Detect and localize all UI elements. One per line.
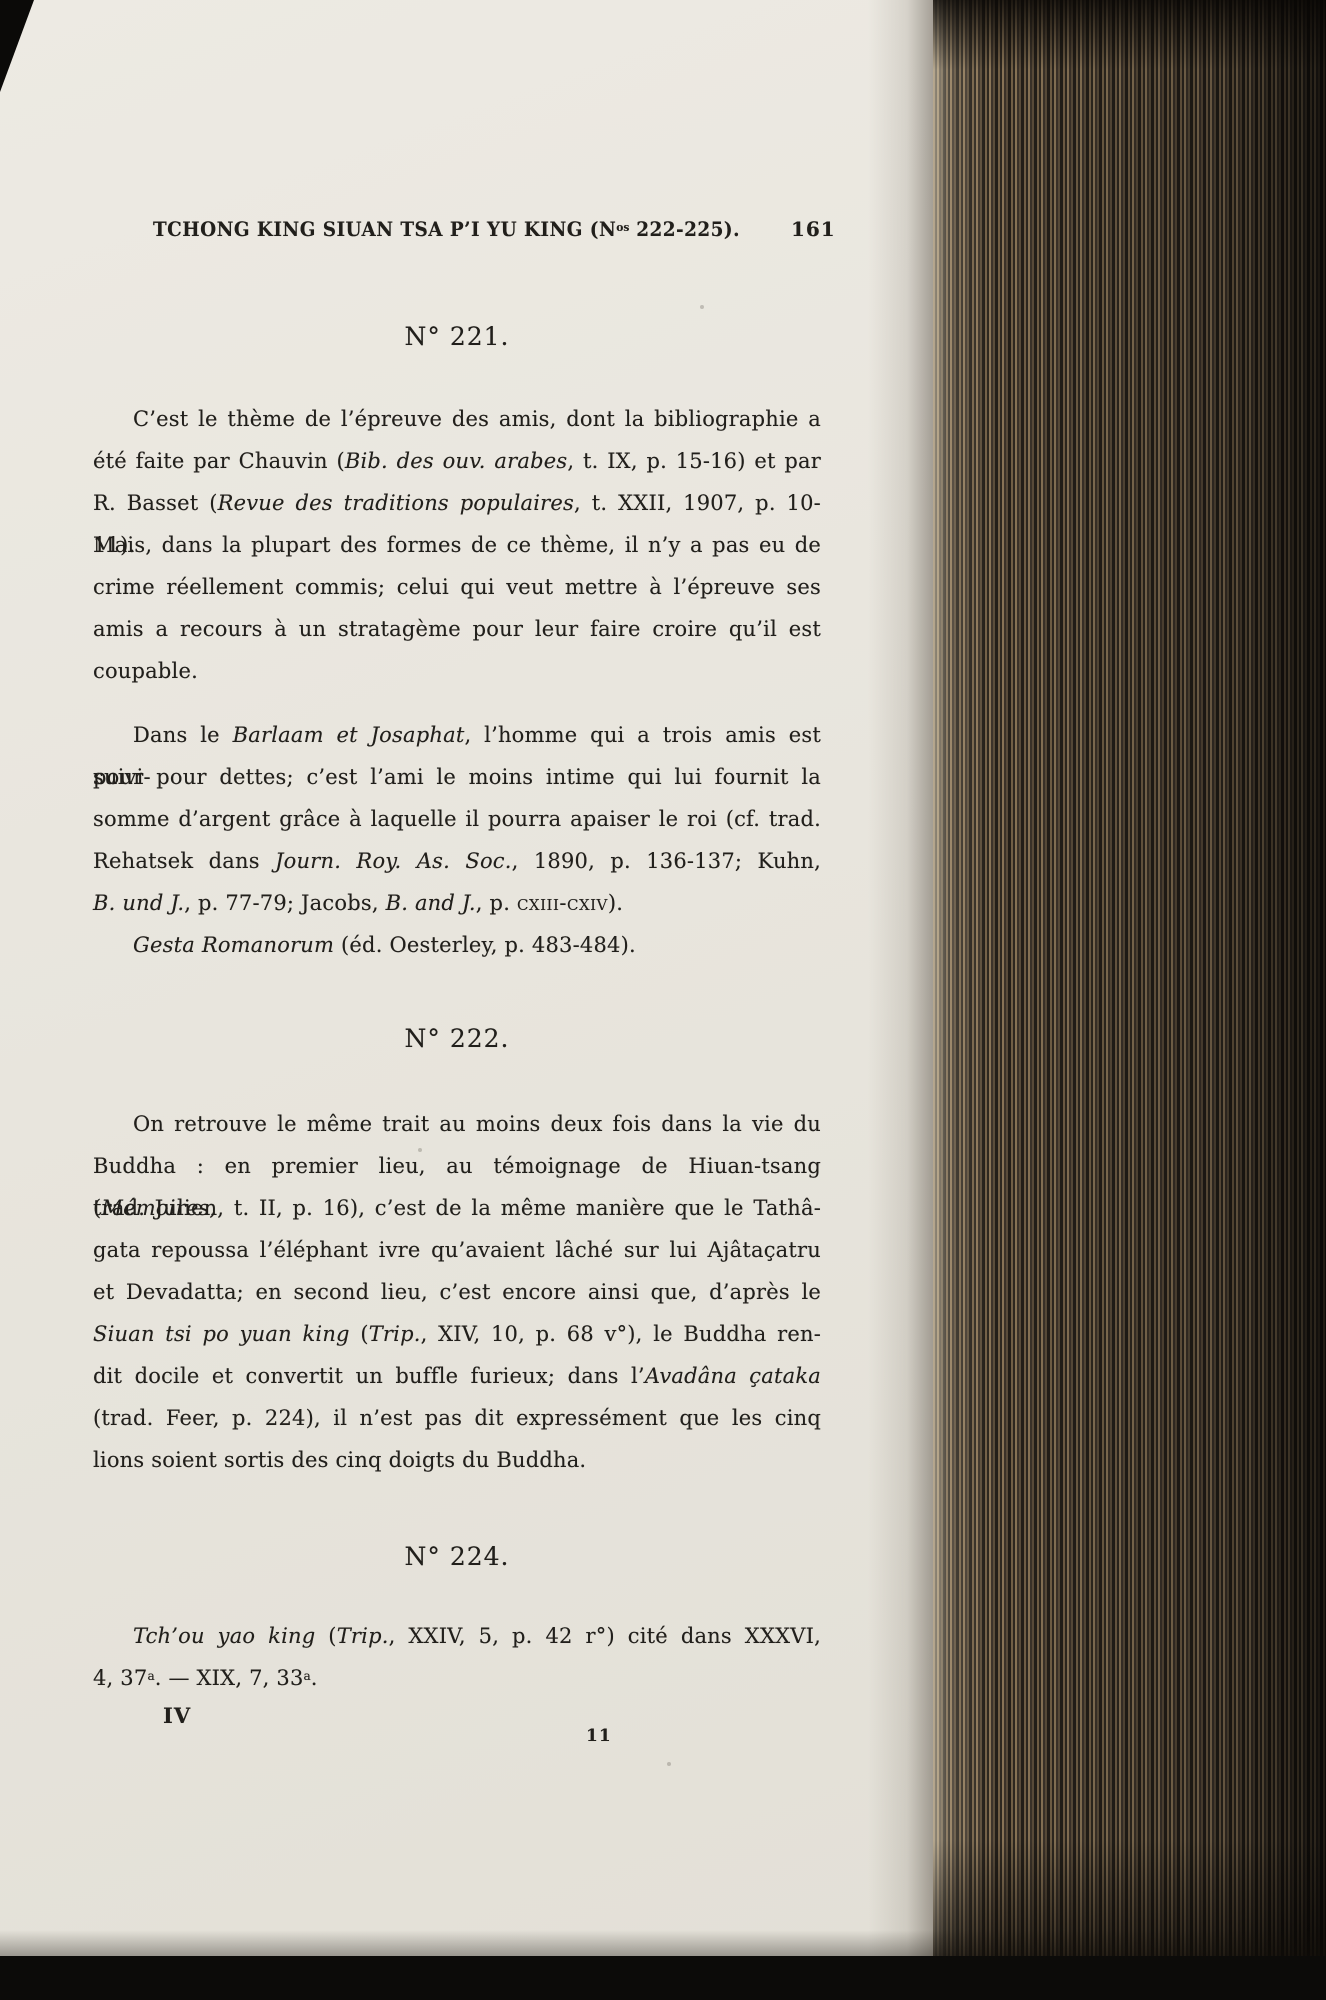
scan-speck xyxy=(667,1762,671,1766)
scan-speck xyxy=(700,305,704,309)
text-segment: Tch’ou yao king xyxy=(133,1624,315,1648)
text-line: C’est le thème de l’épreuve des amis, do… xyxy=(93,398,821,440)
section-heading: N° 222. xyxy=(93,1022,821,1056)
scan-speck xyxy=(418,1148,422,1152)
text-line: (trad. Feer, p. 224), il n’est pas dit e… xyxy=(93,1397,821,1439)
text-segment: Trip. xyxy=(337,1624,389,1648)
text-segment: B. und J. xyxy=(93,891,184,915)
text-line: été faite par Chauvin (Bib. des ouv. ara… xyxy=(93,440,821,482)
paragraph: C’est le thème de l’épreuve des amis, do… xyxy=(93,398,821,692)
text-segment: B. and J. xyxy=(386,891,476,915)
page-curve-shadow xyxy=(868,0,933,2000)
text-line: B. und J., p. 77-79; Jacobs, B. and J., … xyxy=(93,882,821,924)
text-segment: Dans le xyxy=(133,723,233,747)
text-segment: cxiii-cxiv xyxy=(517,891,608,915)
paragraph: Gesta Romanorum (éd. Oesterley, p. 483-4… xyxy=(93,924,821,966)
running-title: TCHONG KING SIUAN TSA P’I YU KING (Nos 2… xyxy=(153,212,740,249)
text-segment: os xyxy=(616,220,629,234)
text-line: Tch’ou yao king (Trip., XXIV, 5, p. 42 r… xyxy=(93,1615,821,1657)
text-line: 4, 37a. — XIX, 7, 33a. xyxy=(93,1657,821,1699)
text-segment: Bib. des ouv. arabes xyxy=(345,449,567,473)
text-segment: ( xyxy=(350,1322,369,1346)
text-segment: coupable. xyxy=(93,659,198,683)
text-column: TCHONG KING SIUAN TSA P’I YU KING (Nos 2… xyxy=(93,0,821,1699)
text-line: Siuan tsi po yuan king (Trip., XIV, 10, … xyxy=(93,1313,821,1355)
text-segment: Barlaam et Josaphat xyxy=(233,723,465,747)
text-segment: somme d’argent grâce à laquelle il pourr… xyxy=(93,807,821,831)
book-page-scan: TCHONG KING SIUAN TSA P’I YU KING (Nos 2… xyxy=(0,0,1326,2000)
text-segment: , p. xyxy=(476,891,517,915)
text-line: Mais, dans la plupart des formes de ce t… xyxy=(93,524,821,566)
text-segment: Avadâna çataka xyxy=(645,1364,821,1388)
text-segment: , t. IX, p. 15-16) et par xyxy=(567,449,821,473)
page-number: 161 xyxy=(791,212,836,246)
paragraph: Dans le Barlaam et Josaphat, l’homme qui… xyxy=(93,714,821,924)
text-segment: lions soient sortis des cinq doigts du B… xyxy=(93,1448,586,1472)
text-line: coupable. xyxy=(93,650,821,692)
text-segment: dit docile et convertit un buffle furieu… xyxy=(93,1364,645,1388)
scan-edge-bottom xyxy=(0,1956,1326,2000)
text-line: On retrouve le même trait au moins deux … xyxy=(93,1103,821,1145)
text-segment: Mais, dans la plupart des formes de ce t… xyxy=(93,533,821,557)
text-segment: amis a recours à un stratagème pour leur… xyxy=(93,617,821,641)
section-heading: N° 221. xyxy=(93,320,821,354)
text-line: suivi pour dettes; c’est l’ami le moins … xyxy=(93,756,821,798)
text-segment: (trad. Feer, p. 224), il n’est pas dit e… xyxy=(93,1406,821,1430)
text-line: Rehatsek dans Journ. Roy. As. Soc., 1890… xyxy=(93,840,821,882)
text-segment: et Devadatta; en second lieu, c’est enco… xyxy=(93,1280,821,1304)
text-segment: Trip. xyxy=(369,1322,421,1346)
text-segment: a xyxy=(147,1669,154,1683)
text-segment: TCHONG KING SIUAN TSA P’I YU KING (N xyxy=(153,217,616,241)
text-line: Gesta Romanorum (éd. Oesterley, p. 483-4… xyxy=(93,924,821,966)
text-segment: 222-225). xyxy=(629,217,740,241)
text-segment: crime réellement commis; celui qui veut … xyxy=(93,575,821,599)
text-segment: R. Basset ( xyxy=(93,491,218,515)
book-fore-edge xyxy=(933,0,1326,2000)
text-segment: , 1890, p. 136-137; Kuhn, xyxy=(512,849,821,873)
text-segment: gata repoussa l’éléphant ivre qu’avaient… xyxy=(93,1238,821,1262)
text-line: somme d’argent grâce à laquelle il pourr… xyxy=(93,798,821,840)
gathering-signature: 11 xyxy=(586,1726,612,1746)
text-segment: ). xyxy=(608,891,623,915)
page-header: TCHONG KING SIUAN TSA P’I YU KING (Nos 2… xyxy=(93,212,821,246)
text-line: crime réellement commis; celui qui veut … xyxy=(93,566,821,608)
text-segment: été faite par Chauvin ( xyxy=(93,449,345,473)
text-line: lions soient sortis des cinq doigts du B… xyxy=(93,1439,821,1481)
text-segment: Rehatsek dans xyxy=(93,849,275,873)
text-segment: ( xyxy=(315,1624,336,1648)
text-line: R. Basset (Revue des traditions populair… xyxy=(93,482,821,524)
text-segment: . — XIX, 7, 33 xyxy=(155,1666,304,1690)
text-line: Dans le Barlaam et Josaphat, l’homme qui… xyxy=(93,714,821,756)
text-line: Buddha : en premier lieu, au témoignage … xyxy=(93,1145,821,1187)
text-body: N° 221.C’est le thème de l’épreuve des a… xyxy=(93,320,821,1699)
paragraph: On retrouve le même trait au moins deux … xyxy=(93,1103,821,1481)
text-segment: C’est le thème de l’épreuve des amis, do… xyxy=(133,407,821,431)
paragraph: Tch’ou yao king (Trip., XXIV, 5, p. 42 r… xyxy=(93,1615,821,1699)
text-line: amis a recours à un stratagème pour leur… xyxy=(93,608,821,650)
text-segment: On retrouve le même trait au moins deux … xyxy=(133,1112,821,1136)
text-line: gata repoussa l’éléphant ivre qu’avaient… xyxy=(93,1229,821,1271)
text-segment: Siuan tsi po yuan king xyxy=(93,1322,350,1346)
text-segment: Revue des traditions populaires xyxy=(218,491,574,515)
section-heading: N° 224. xyxy=(93,1540,821,1574)
text-segment: Journ. Roy. As. Soc. xyxy=(275,849,512,873)
volume-signature: IV xyxy=(163,1703,191,1728)
text-line: dit docile et convertit un buffle furieu… xyxy=(93,1355,821,1397)
scan-corner-artifact xyxy=(0,0,34,92)
text-segment: , p. 77-79; Jacobs, xyxy=(184,891,385,915)
text-line: et Devadatta; en second lieu, c’est enco… xyxy=(93,1271,821,1313)
scan-bottom-shadow xyxy=(0,1930,1326,1956)
text-segment: , XIV, 10, p. 68 v°), le Buddha ren- xyxy=(421,1322,821,1346)
text-segment: trad. Julien, t. II, p. 16), c’est de la… xyxy=(93,1196,821,1220)
text-segment: (éd. Oesterley, p. 483-484). xyxy=(334,933,636,957)
text-segment: 4, 37 xyxy=(93,1666,147,1690)
text-segment: . xyxy=(311,1666,318,1690)
text-segment: , XXIV, 5, p. 42 r°) cité dans XXXVI, xyxy=(389,1624,821,1648)
text-line: trad. Julien, t. II, p. 16), c’est de la… xyxy=(93,1187,821,1229)
text-segment: Gesta Romanorum xyxy=(133,933,334,957)
text-segment: a xyxy=(304,1669,311,1683)
text-segment: suivi pour dettes; c’est l’ami le moins … xyxy=(93,765,821,789)
scan-speck xyxy=(250,860,254,864)
